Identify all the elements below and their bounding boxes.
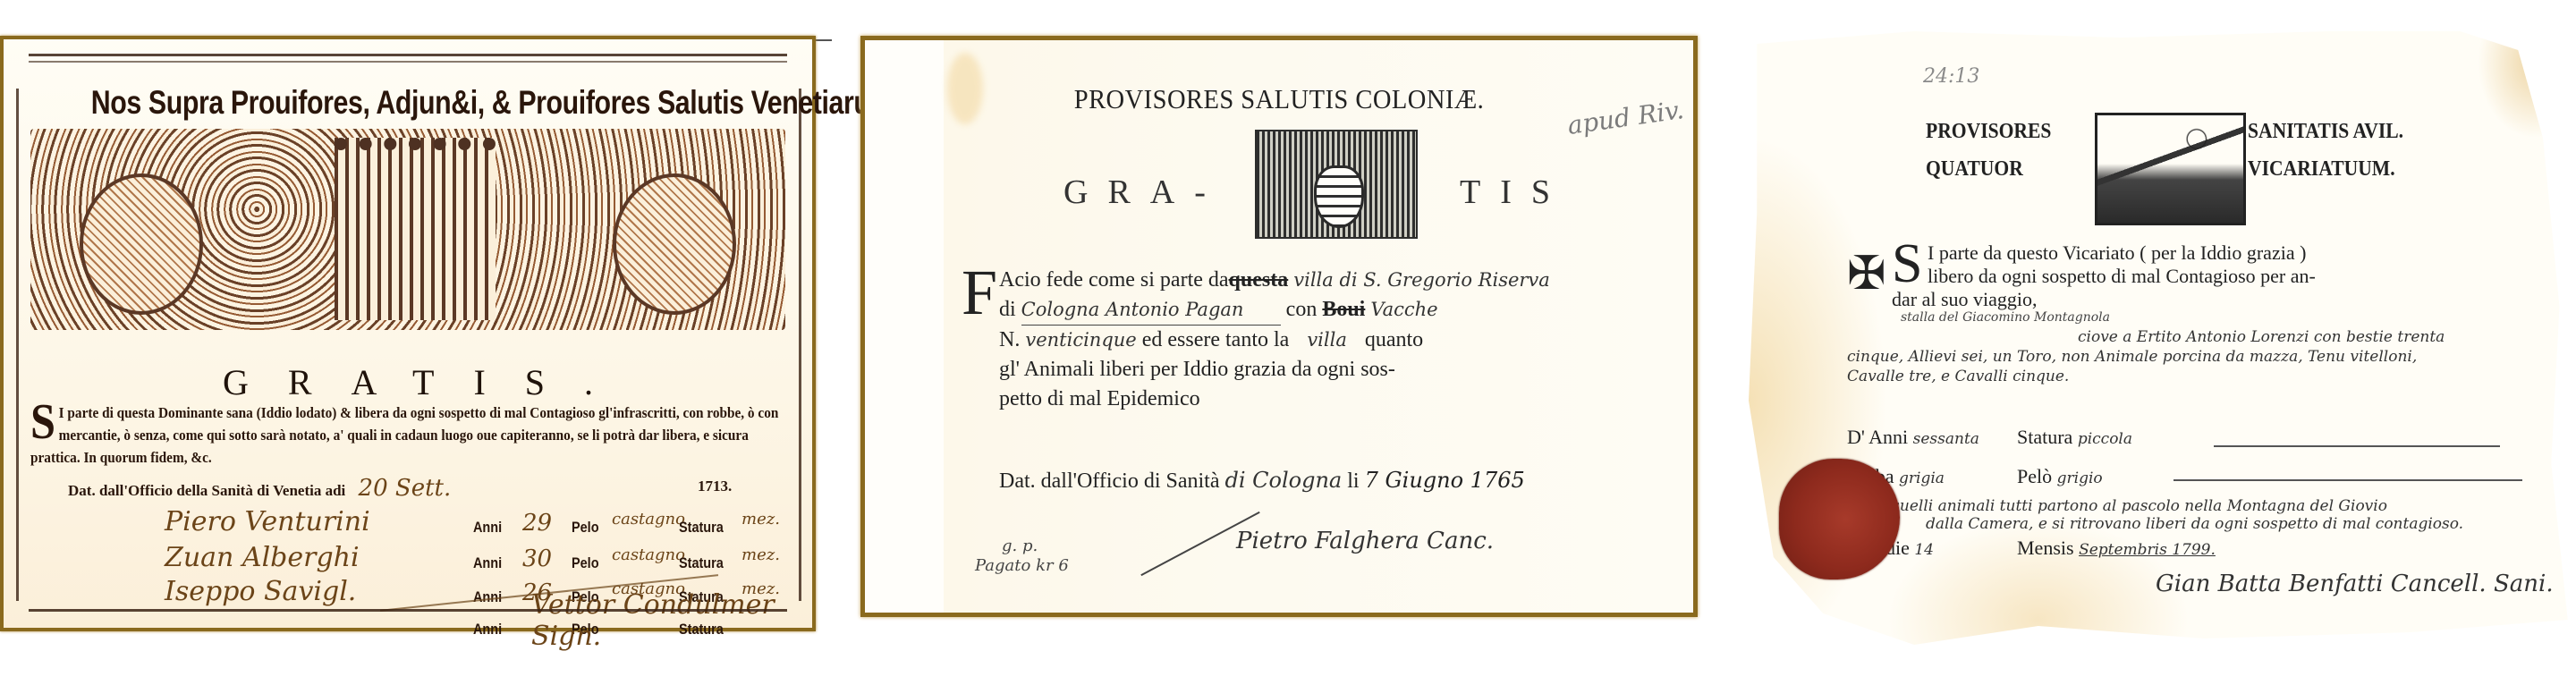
pelo-label: Pelo: [572, 554, 599, 572]
top-double-rule: [29, 54, 787, 56]
printed-text: quanto: [1365, 328, 1423, 351]
con-handwritten: quelli animali tutti partono al pascolo …: [1890, 497, 2516, 533]
blank-line: [2214, 445, 2500, 447]
statura-value: mez.: [741, 510, 780, 529]
struck-text: questa: [1229, 268, 1289, 292]
signature: Gian Batta Benfatti Cancell. Sani.: [2156, 571, 2554, 597]
coat-of-arms-woodcut-icon: [1255, 130, 1418, 239]
gratis-heading: GRATIS.: [4, 361, 812, 403]
statura-value: piccola: [2078, 430, 2132, 448]
statura-value: mez.: [741, 545, 780, 564]
body-paragraph: I parte di questa Dominante sana (Iddio …: [30, 404, 778, 466]
year: 1713.: [698, 478, 732, 495]
handwritten-text: Cologna Antonio Pagan: [1021, 295, 1281, 326]
body-line-2: libero da ogni sospetto di mal Contagios…: [1928, 265, 2518, 288]
handwritten-cargo: ciove a Ertito Antonio Lorenzi con besti…: [1847, 327, 2473, 386]
anni-value: sessanta: [1913, 430, 1979, 448]
anni-value: 30: [522, 545, 552, 572]
body-line-1: I parte da questo Vicariato ( per la Idd…: [1928, 241, 2518, 265]
document-header: Nos Supra Prouifores, Adjun&i, & Prouifo…: [91, 84, 724, 122]
dated-place-handwritten: di Cologna: [1225, 468, 1343, 493]
person-row: Piero Venturini Anni 29 Pelo castagno St…: [165, 512, 791, 545]
handwritten-text: venticinque: [1025, 329, 1136, 351]
drop-cap: F: [962, 266, 997, 319]
shield-icon: [1314, 165, 1364, 228]
left-border-line: [16, 89, 19, 601]
drop-cap: S: [30, 402, 55, 443]
dated-handwritten: 20 Sett.: [359, 475, 452, 502]
pelo-value: castagno: [612, 545, 685, 564]
anni-field: D' Anni sessanta: [1847, 426, 1979, 449]
document-header: PROVISORES SALUTIS COLONIÆ.: [898, 83, 1660, 115]
left-emblem-icon: [80, 173, 203, 315]
mensis-field: Mensis Septembris 1799.: [2017, 537, 2216, 560]
header-right-line-2: VICARIATUUM.: [2248, 150, 2403, 188]
handwritten-above: stalla del Giacomino Montagnola: [1901, 308, 2563, 327]
anni-label: Anni: [473, 554, 502, 572]
day-value: 14: [1914, 541, 1934, 559]
gratis-left: GRA-: [1063, 173, 1225, 212]
corner-note-line-1: g. p.: [1002, 537, 1069, 556]
body-line-4: gl' Animali liberi per Iddio grazia da o…: [999, 355, 1675, 385]
struck-text: Boui: [1322, 298, 1365, 321]
anni-label: D' Anni: [1847, 426, 1908, 448]
pelo-value: castagno: [612, 510, 685, 529]
mensis-label: Mensis: [2017, 537, 2074, 559]
corner-note-line-2: Pagato kr 6: [975, 556, 1069, 576]
barba-value: grigia: [1899, 469, 1945, 487]
statura-label: Statura: [679, 554, 724, 572]
handwritten-text: Vacche: [1370, 299, 1437, 320]
person-name: Piero Venturini: [165, 506, 370, 537]
saint-woodcut-icon: [2095, 113, 2246, 225]
wax-seal-icon: [1779, 459, 1900, 579]
woodcut-illustration: [30, 129, 785, 330]
pelo-field: Pelò grigio: [2017, 465, 2103, 488]
header-left: PROVISORES QUATUOR: [1926, 113, 2051, 188]
handwritten-text: villa di S. Gregorio Riserva: [1293, 269, 1550, 291]
anni-label: Anni: [473, 621, 502, 638]
dated-li: li: [1347, 469, 1359, 493]
header-right-line-1: SANITATIS AVIL.: [2248, 113, 2403, 150]
pelo-label: Pelo: [572, 519, 599, 537]
pelo-label: Pelò: [2017, 465, 2052, 487]
person-name: Zuan Alberghi: [165, 542, 360, 573]
dated-label: Dat. dall'Officio di Sanità: [999, 469, 1220, 493]
colonia-health-pass: PROVISORES SALUTIS COLONIÆ. apud Riv. GR…: [860, 36, 1698, 617]
dated-line: Dat. dall'Officio di Sanità di Cologna l…: [999, 468, 1525, 494]
body-text: S I parte di questa Dominante sana (Iddi…: [30, 402, 787, 469]
signature: Pietro Falghera Canc.: [1236, 528, 1494, 554]
venice-health-pass: Nos Supra Prouifores, Adjun&i, & Prouifo…: [0, 36, 816, 631]
body-line-3: N. venticinque ed essere tanto la villa …: [999, 326, 1675, 355]
statura-field: Statura piccola: [2017, 426, 2132, 449]
body-text: F Acio fede come si parte daquesta villa…: [999, 266, 1675, 414]
dated-date-handwritten: 7 Giugno 1765: [1365, 468, 1525, 493]
statura-label: Statura: [679, 519, 724, 537]
anni-label: Anni: [473, 519, 502, 537]
drop-cap: S: [1892, 236, 1922, 292]
cross-icon: ✠: [1847, 247, 1886, 300]
statura-label: Statura: [2017, 426, 2072, 448]
header-left-line-1: PROVISORES: [1926, 113, 2051, 150]
handwritten-text: villa: [1307, 329, 1347, 351]
canopy-ornament: [335, 138, 496, 320]
con-line-1: quelli animali tutti partono al pascolo …: [1890, 497, 2516, 515]
avil-health-pass: 24:13 PROVISORES QUATUOR SANITATIS AVIL.…: [1749, 25, 2576, 651]
dated-line: Dat. dall'Officio della Sanità di Veneti…: [68, 475, 451, 502]
body-line-2: di Cologna Antonio Pagan con Boui Vacche: [999, 295, 1675, 326]
bottom-rule: [29, 609, 787, 612]
right-border-line: [799, 89, 801, 601]
body-text: S I parte da questo Vicariato ( per la I…: [1892, 241, 2518, 311]
mensis-value: Septembris 1799.: [2079, 541, 2216, 559]
printed-text: di: [999, 298, 1016, 321]
header-left-line-2: QUATUOR: [1926, 150, 2051, 188]
con-line-2: dalla Camera, e si ritrovano liberi da o…: [1926, 515, 2516, 533]
dated-label: Dat. dall'Officio della Sanità di Veneti…: [68, 482, 345, 499]
printed-text: ed essere tanto la: [1142, 328, 1290, 351]
gratis-right: TIS: [1460, 173, 1570, 212]
signature: Vettor Condulmer Sign.: [531, 589, 812, 652]
corner-note: g. p. Pagato kr 6: [975, 537, 1069, 576]
pelo-value: grigio: [2057, 469, 2103, 487]
anni-value: 29: [522, 510, 552, 537]
blank-line: [2173, 479, 2522, 481]
printed-text: Acio fede come si parte da: [999, 268, 1229, 292]
printed-text: con: [1286, 298, 1318, 321]
body-line-5: petto di mal Epidemico: [999, 385, 1675, 414]
top-thin-rule: [29, 61, 787, 63]
page-note: 24:13: [1923, 65, 1979, 88]
right-emblem-icon: [613, 173, 736, 315]
body-line-1: Acio fede come si parte daquesta villa d…: [999, 266, 1675, 295]
header-right: SANITATIS AVIL. VICARIATUUM.: [2248, 113, 2403, 188]
person-name: Iseppo Savigl.: [165, 576, 356, 607]
printed-text: N.: [999, 328, 1020, 351]
